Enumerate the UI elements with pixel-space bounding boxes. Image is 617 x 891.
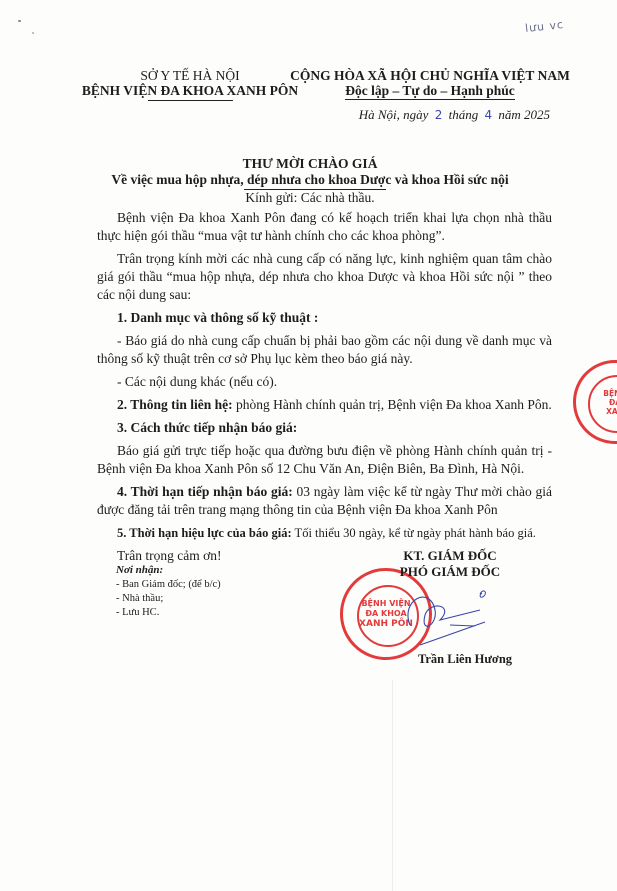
handwritten-signature (380, 580, 490, 660)
document-title: THƯ MỜI CHÀO GIÁ (60, 156, 560, 172)
signer-name: Trần Liên Hương (395, 652, 535, 667)
handwritten-note: lưu vc (524, 18, 564, 35)
date-year: năm 2025 (498, 107, 550, 122)
national-title: CỘNG HÒA XÃ HỘI CHỦ NGHĨA VIỆT NAM (285, 68, 575, 83)
greeting: Kính gửi: Các nhà thầu. (60, 190, 560, 206)
stamp-line: ĐA (576, 398, 617, 407)
document-body: Bệnh viện Đa khoa Xanh Pôn đang có kế ho… (97, 209, 552, 570)
section-3-heading: 3. Cách thức tiếp nhận báo giá: (97, 419, 552, 437)
section-1-item: - Báo giá do nhà cung cấp chuẩn bị phải … (97, 332, 552, 368)
section-2: 2. Thông tin liên hệ: phòng Hành chính q… (97, 396, 552, 414)
section-4-heading: 4. Thời hạn tiếp nhận báo giá: (117, 484, 293, 499)
issuer-hospital: BỆNH VIỆN ĐA KHOA XANH PÔN (60, 83, 320, 98)
date-prefix: Hà Nội, ngày (359, 107, 429, 122)
section-4: 4. Thời hạn tiếp nhận báo giá: 03 ngày l… (97, 483, 552, 519)
section-5: 5. Thời hạn hiệu lực của báo giá: Tối th… (97, 524, 552, 542)
recipients-block: Nơi nhận: - Ban Giám đốc; (để b/c) - Nhà… (116, 563, 221, 620)
document-date: Hà Nội, ngày 2 tháng 4 năm 2025 (310, 107, 550, 123)
scan-speck (32, 32, 34, 34)
section-1-item: - Các nội dung khác (nếu có). (97, 373, 552, 391)
section-3-text: Báo giá gửi trực tiếp hoặc qua đường bưu… (97, 442, 552, 478)
recipient-item: - Lưu HC. (116, 606, 221, 620)
date-day: 2 (435, 108, 443, 122)
section-2-heading: 2. Thông tin liên hệ: (117, 397, 233, 412)
paragraph-intro: Bệnh viện Đa khoa Xanh Pôn đang có kế ho… (97, 209, 552, 245)
recipient-item: - Nhà thầu; (116, 592, 221, 606)
signature-line-2: PHÓ GIÁM ĐỐC (370, 564, 530, 580)
paragraph-invitation: Trân trọng kính mời các nhà cung cấp có … (97, 250, 552, 304)
scan-speck (18, 20, 21, 22)
issuer-department: SỞ Y TẾ HÀ NỘI (60, 68, 320, 83)
recipients-heading: Nơi nhận: (116, 563, 221, 577)
recipient-item: - Ban Giám đốc; (để b/c) (116, 578, 221, 592)
national-motto: Độc lập – Tự do – Hạnh phúc (345, 83, 515, 100)
stamp-line: XAN (576, 407, 617, 416)
stamp-line: BỆNH (576, 389, 617, 398)
section-2-text: phòng Hành chính quản trị, Bệnh viện Đa … (233, 397, 552, 412)
date-month: 4 (484, 108, 492, 122)
stamp-text: BỆNH ĐA XAN (576, 389, 617, 416)
section-5-heading: 5. Thời hạn hiệu lực của báo giá: (117, 526, 292, 540)
signature-title: KT. GIÁM ĐỐC PHÓ GIÁM ĐỐC (370, 548, 530, 580)
national-header: CỘNG HÒA XÃ HỘI CHỦ NGHĨA VIỆT NAM Độc l… (285, 68, 575, 100)
signature-line-1: KT. GIÁM ĐỐC (370, 548, 530, 564)
issuer-header: SỞ Y TẾ HÀ NỘI BỆNH VIỆN ĐA KHOA XANH PÔ… (60, 68, 320, 101)
section-1-heading: 1. Danh mục và thông số kỹ thuật : (97, 309, 552, 327)
date-month-label: tháng (449, 107, 479, 122)
divider (148, 100, 233, 101)
partial-stamp: BỆNH ĐA XAN (573, 360, 617, 444)
document-subtitle: Về việc mua hộp nhựa, dép nhưa cho khoa … (60, 172, 560, 188)
section-5-text: Tối thiểu 30 ngày, kể từ ngày phát hành … (292, 526, 536, 540)
page-fold-line (392, 680, 393, 891)
